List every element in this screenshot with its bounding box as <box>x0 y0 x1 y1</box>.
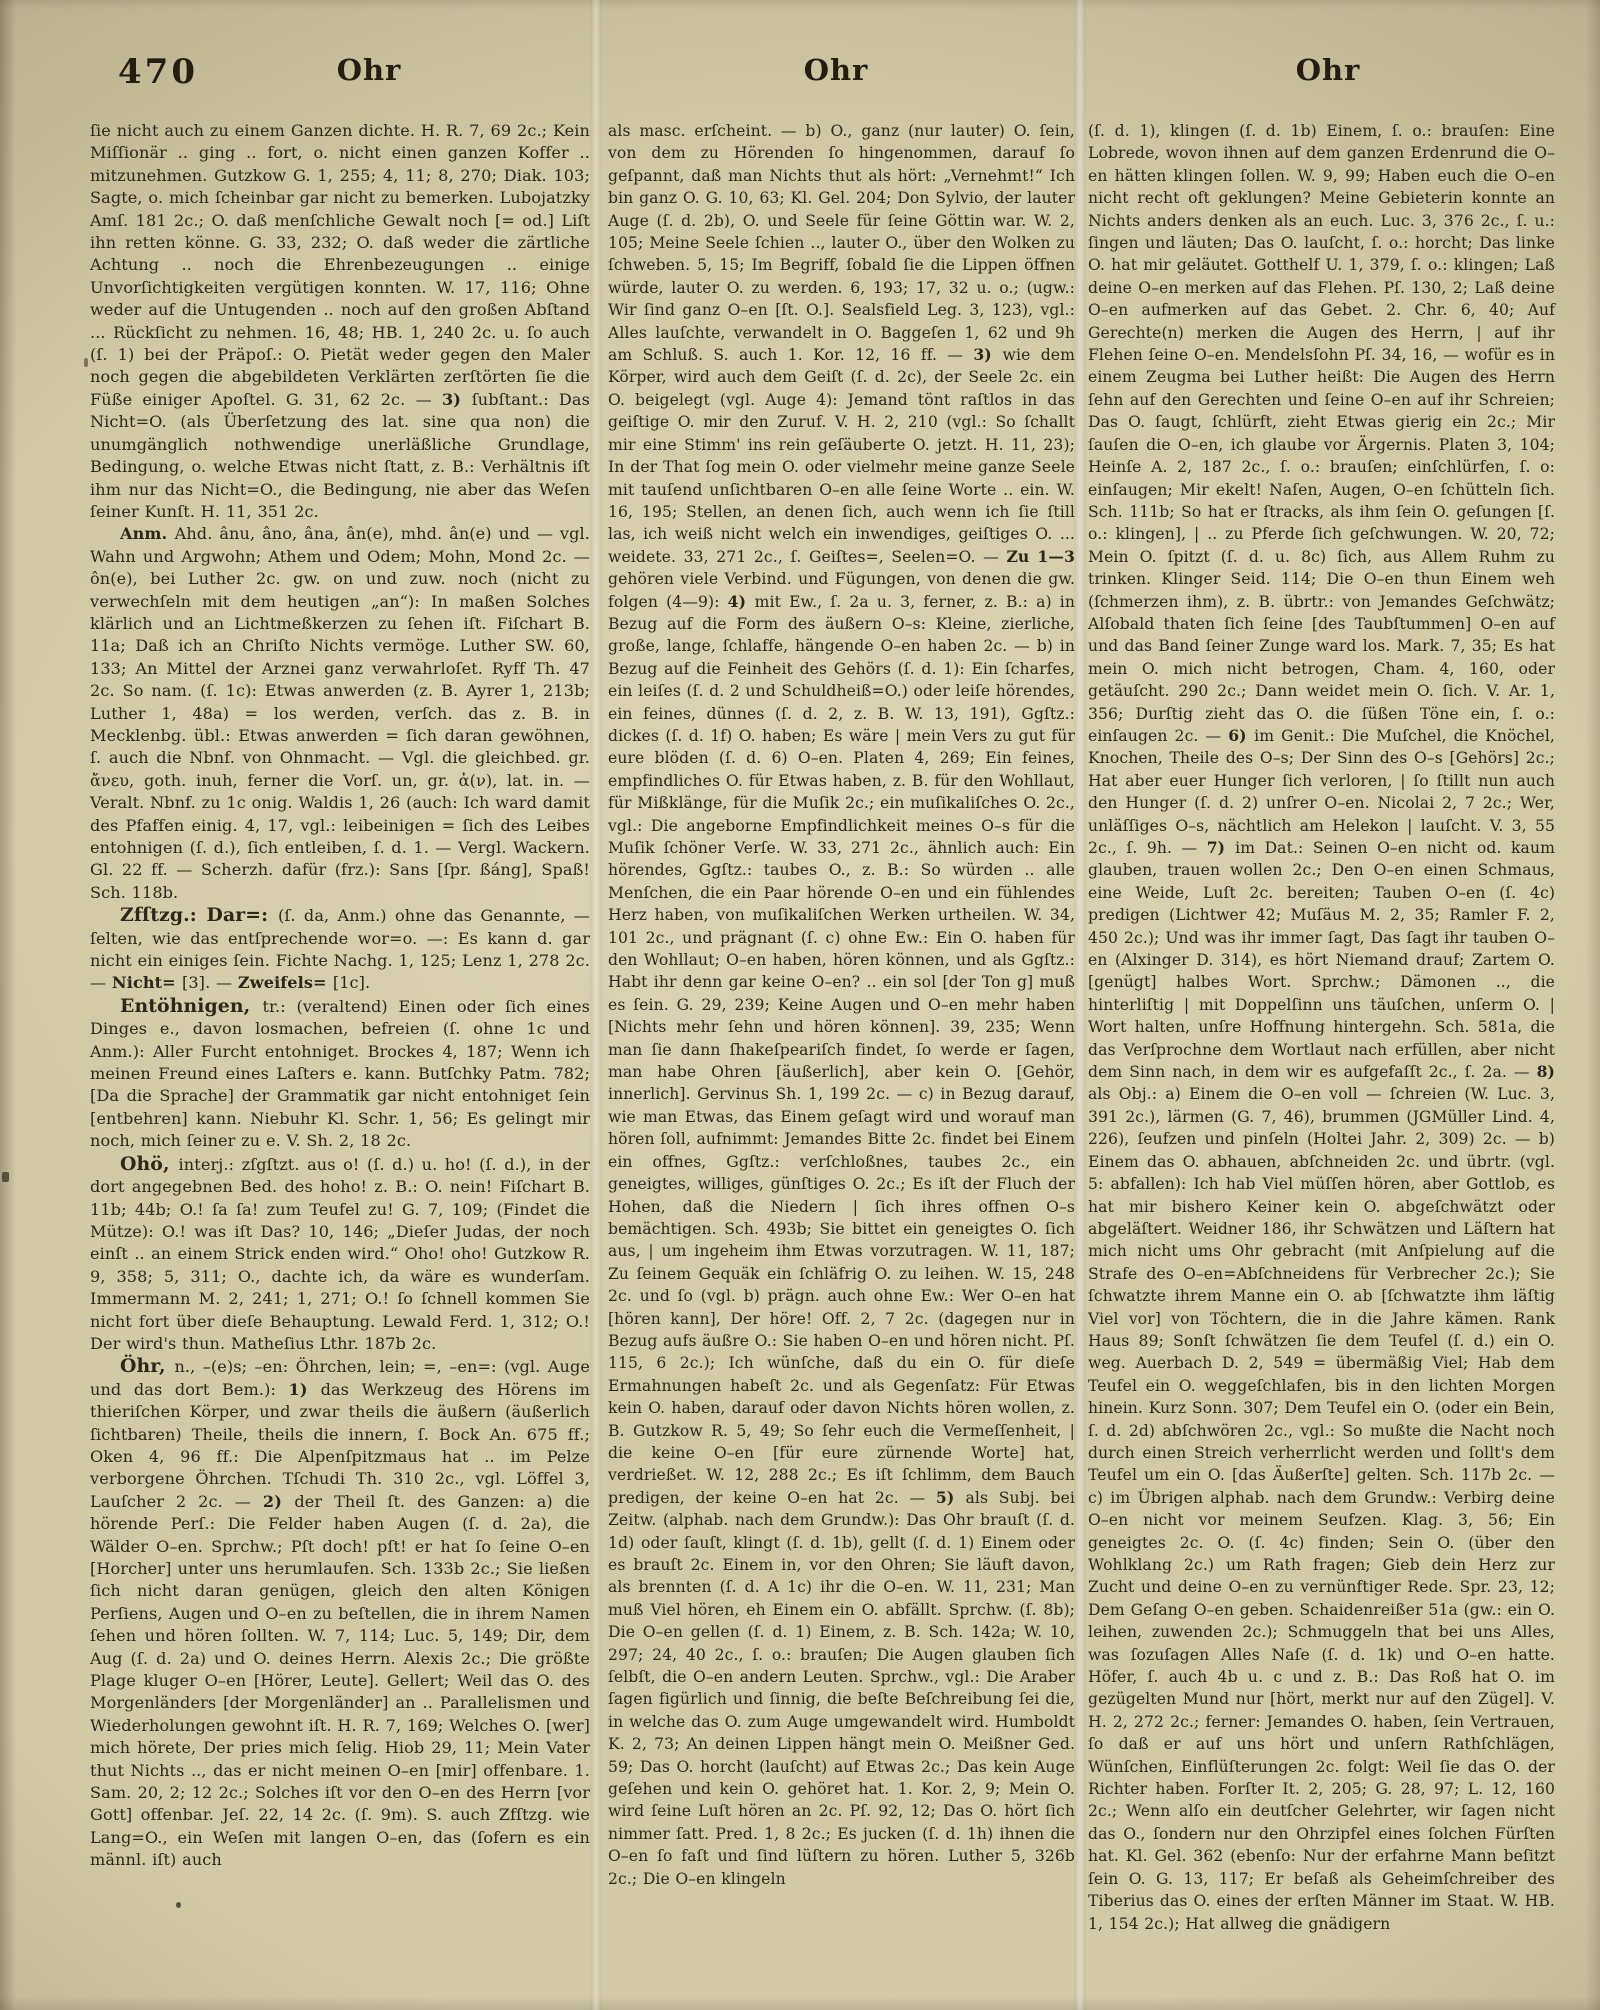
text-run: Zweifels= <box>238 973 333 992</box>
paragraph: Anm. Ahd. ânu, âno, âna, ân(e), mhd. ân(… <box>90 523 590 904</box>
text-run: wie dem Körper, wird auch dem Geiſt (ſ. … <box>608 346 1075 566</box>
text-run: interj.: zſgſtzt. aus o! (ſ. d.) u. ho! … <box>90 1155 590 1353</box>
headword: Zfſtzg.: Dar=: <box>120 904 278 926</box>
text-run: 8) <box>1537 1062 1555 1081</box>
running-head-left: Ohr <box>337 53 402 87</box>
text-run: Anm. <box>120 524 175 543</box>
text-run: als masc. erſcheint. — b) O., ganz (nur … <box>608 122 1075 364</box>
headword: Öhr, <box>120 1355 174 1377</box>
ink-speck <box>84 358 88 367</box>
paragraph: Zfſtzg.: Dar=: (ſ. da, Anm.) ohne das Ge… <box>90 904 590 995</box>
text-run: (ſ. d. 1), klingen (ſ. d. 1b) Einem, ſ. … <box>1088 122 1555 745</box>
text-run: der Theil ſt. des Ganzen: a) die hörende… <box>90 1492 590 1870</box>
text-run: ſie nicht auch zu einem Ganzen dichte. H… <box>90 121 590 409</box>
paragraph: Ohö, interj.: zſgſtzt. aus o! (ſ. d.) u.… <box>90 1153 590 1356</box>
text-run: im Dat.: Seinen O–en nicht od. kaum glau… <box>1088 839 1555 1081</box>
text-column-1: ſie nicht auch zu einem Ganzen dichte. H… <box>90 120 590 1872</box>
headword: Ohö, <box>120 1153 179 1175</box>
paragraph: (ſ. d. 1), klingen (ſ. d. 1b) Einem, ſ. … <box>1088 120 1555 1935</box>
text-run: 4) <box>728 592 755 611</box>
text-run: tr.: (veraltend) Einen oder ſich eines D… <box>90 997 590 1150</box>
text-run: 1) <box>289 1380 321 1399</box>
text-run: Zu 1—3 <box>1006 547 1075 566</box>
dictionary-page: 470 Ohr Ohr Ohr ſie nicht auch zu einem … <box>0 0 1600 2010</box>
text-run: 2) <box>263 1492 294 1511</box>
text-run: 3) <box>973 345 1002 364</box>
paragraph: als masc. erſcheint. — b) O., ganz (nur … <box>608 120 1075 1890</box>
ink-speck <box>176 1902 181 1908</box>
text-run: [3]. — <box>182 973 238 992</box>
text-run: ſubſtant.: Das Nicht=O. (als Überſetzung… <box>90 390 590 521</box>
text-run: als Subj. bei Zeitw. (alphab. nach dem G… <box>608 1489 1075 1888</box>
text-run: Nicht= <box>112 973 182 992</box>
page-number: 470 <box>118 52 198 92</box>
ink-speck <box>2 1172 9 1182</box>
paragraph: Öhr, n., –(e)s; –en: Öhrchen, lein; =, –… <box>90 1355 590 1871</box>
headword: Entöhnigen, <box>120 995 262 1017</box>
column-gutter-fold <box>590 0 602 2010</box>
paragraph: ſie nicht auch zu einem Ganzen dichte. H… <box>90 120 590 523</box>
text-run: als Obj.: a) Einem die O–en voll — ſchre… <box>1088 1085 1555 1932</box>
text-column-3: (ſ. d. 1), klingen (ſ. d. 1b) Einem, ſ. … <box>1088 120 1555 1935</box>
text-run: 3) <box>442 390 472 409</box>
text-column-2: als masc. erſcheint. — b) O., ganz (nur … <box>608 120 1075 1890</box>
text-run: mit Ew., ſ. 2a u. 3, ferner, z. B.: a) i… <box>608 593 1075 1507</box>
text-run: 7) <box>1207 838 1235 857</box>
running-head-right: Ohr <box>1296 53 1361 87</box>
text-run: Ahd. ânu, âno, âna, ân(e), mhd. ân(e) un… <box>90 524 590 902</box>
paragraph: Entöhnigen, tr.: (veraltend) Einen oder … <box>90 995 590 1153</box>
text-run: 5) <box>936 1488 966 1507</box>
running-head-center: Ohr <box>804 53 869 87</box>
text-run: 6) <box>1228 726 1254 745</box>
text-run: im Genit.: Die Muſchel, die Knöchel, Kno… <box>1088 727 1555 857</box>
column-gutter-fold <box>1074 0 1086 2010</box>
text-run: [1c]. <box>333 973 370 992</box>
